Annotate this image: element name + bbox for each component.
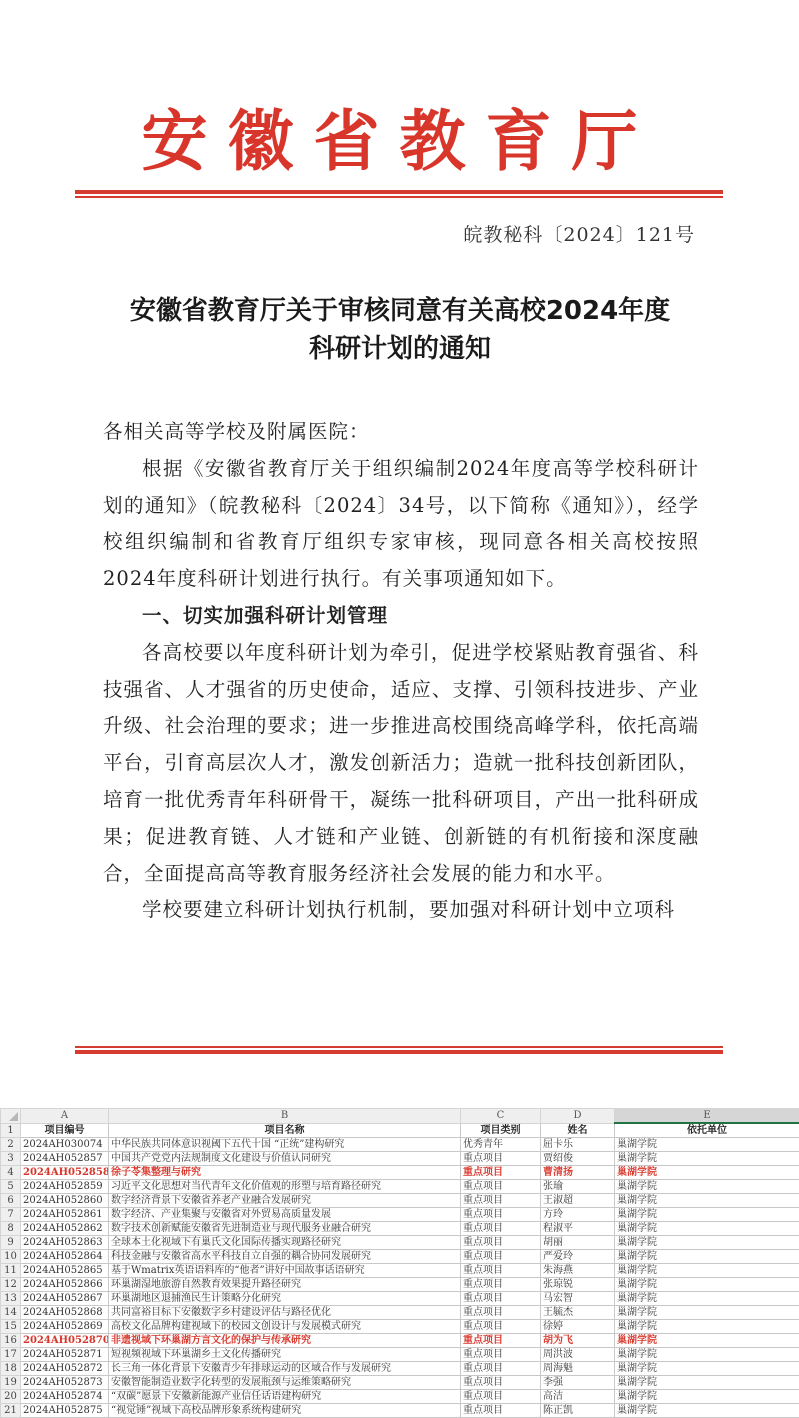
cell-project-type[interactable]: 重点项目 <box>461 1264 541 1278</box>
cell-project-id[interactable]: 2024AH052870 <box>21 1334 109 1348</box>
cell-person-name[interactable]: 陈正凯 <box>541 1404 615 1418</box>
cell-person-name[interactable]: 李强 <box>541 1376 615 1390</box>
cell-host-unit[interactable]: 巢湖学院 <box>615 1180 799 1194</box>
cell-host-unit[interactable]: 巢湖学院 <box>615 1320 799 1334</box>
cell-person-name[interactable]: 王淑超 <box>541 1194 615 1208</box>
cell-project-id[interactable]: 2024AH052874 <box>21 1390 109 1404</box>
paragraph-management: 各高校要以年度科研计划为牵引，促进学校紧贴教育强省、科技强省、人才强省的历史使命… <box>103 635 699 893</box>
cell-project-type[interactable]: 重点项目 <box>461 1194 541 1208</box>
cell-project-name[interactable]: 基于Wmatrix英语语料库的“他者”讲好中国故事话语研究 <box>109 1264 461 1278</box>
table-row: 182024AH052872长三角一体化背景下安徽青少年排球运动的区域合作与发展… <box>1 1362 799 1376</box>
row-number[interactable]: 1 <box>1 1123 21 1138</box>
cell-project-type[interactable]: 重点项目 <box>461 1306 541 1320</box>
table-row: 62024AH052860数字经济背景下安徽省养老产业融合发展研究重点项目王淑超… <box>1 1194 799 1208</box>
cell-person-name[interactable]: 屈卡乐 <box>541 1138 615 1152</box>
cell-project-type[interactable]: 优秀青年 <box>461 1138 541 1152</box>
table-row: 112024AH052865基于Wmatrix英语语料库的“他者”讲好中国故事话… <box>1 1264 799 1278</box>
spreadsheet[interactable]: A B C D E 1 项目编号 项目名称 项目类别 姓名 依托单位 22024… <box>0 1108 799 1418</box>
cell-project-name[interactable]: “双碳”愿景下安徽新能源产业信任话语建构研究 <box>109 1390 461 1404</box>
spreadsheet-grid[interactable]: A B C D E 1 项目编号 项目名称 项目类别 姓名 依托单位 22024… <box>0 1108 799 1418</box>
cell-project-id[interactable]: 2024AH052869 <box>21 1320 109 1334</box>
cell-project-id[interactable]: 2024AH052865 <box>21 1264 109 1278</box>
table-row: 142024AH052868共同富裕目标下安徽数字乡村建设评估与路径优化重点项目… <box>1 1306 799 1320</box>
cell-project-id[interactable]: 2024AH052857 <box>21 1152 109 1166</box>
row-number[interactable]: 9 <box>1 1236 21 1250</box>
cell-project-type[interactable]: 重点项目 <box>461 1180 541 1194</box>
row-number[interactable]: 13 <box>1 1292 21 1306</box>
column-header-a[interactable]: A <box>21 1109 109 1124</box>
cell-project-name[interactable]: “视觉锤”视域下高校品牌形象系统构建研究 <box>109 1404 461 1418</box>
cell-project-type[interactable]: 重点项目 <box>461 1390 541 1404</box>
column-header-b[interactable]: B <box>109 1109 461 1124</box>
cell-project-name[interactable]: 数字技术创新赋能安徽省先进制造业与现代服务业融合研究 <box>109 1222 461 1236</box>
row-number[interactable]: 7 <box>1 1208 21 1222</box>
header-project-type[interactable]: 项目类别 <box>461 1123 541 1138</box>
cell-project-name[interactable]: 徐子苓集整理与研究 <box>109 1166 461 1180</box>
cell-project-type[interactable]: 重点项目 <box>461 1152 541 1166</box>
title-line-2: 科研计划的通知 <box>70 330 730 368</box>
cell-host-unit[interactable]: 巢湖学院 <box>615 1236 799 1250</box>
cell-project-name[interactable]: 环巢湖湿地旅游自然教育效果提升路径研究 <box>109 1278 461 1292</box>
cell-person-name[interactable]: 张瑜 <box>541 1180 615 1194</box>
cell-project-type[interactable]: 重点项目 <box>461 1320 541 1334</box>
header-project-id[interactable]: 项目编号 <box>21 1123 109 1138</box>
cell-host-unit[interactable]: 巢湖学院 <box>615 1362 799 1376</box>
table-row: 192024AH052873安徽智能制造业数字化转型的发展瓶颈与运维策略研究重点… <box>1 1376 799 1390</box>
cell-project-name[interactable]: 短视频视域下环巢湖乡土文化传播研究 <box>109 1348 461 1362</box>
row-number[interactable]: 3 <box>1 1152 21 1166</box>
table-row: 162024AH052870非遗视域下环巢湖方言文化的保护与传承研究重点项目胡为… <box>1 1334 799 1348</box>
cell-host-unit[interactable]: 巢湖学院 <box>615 1222 799 1236</box>
table-row: 122024AH052866环巢湖湿地旅游自然教育效果提升路径研究重点项目张琼锐… <box>1 1278 799 1292</box>
row-number[interactable]: 12 <box>1 1278 21 1292</box>
cell-project-name[interactable]: 高校文化品牌构建视域下的校园文创设计与发展模式研究 <box>109 1320 461 1334</box>
cell-person-name[interactable]: 徐婷 <box>541 1320 615 1334</box>
letterhead-org-name: 安徽省教育厅 <box>0 100 799 182</box>
cell-host-unit[interactable]: 巢湖学院 <box>615 1264 799 1278</box>
table-row: 152024AH052869高校文化品牌构建视域下的校园文创设计与发展模式研究重… <box>1 1320 799 1334</box>
row-number[interactable]: 10 <box>1 1250 21 1264</box>
cell-host-unit[interactable]: 巢湖学院 <box>615 1138 799 1152</box>
row-number[interactable]: 11 <box>1 1264 21 1278</box>
cell-project-id[interactable]: 2024AH052867 <box>21 1292 109 1306</box>
cell-host-unit[interactable]: 巢湖学院 <box>615 1292 799 1306</box>
paragraph-intro: 根据《安徽省教育厅关于组织编制2024年度高等学校科研计划的通知》（皖教秘科〔2… <box>103 451 699 598</box>
cell-project-type[interactable]: 重点项目 <box>461 1278 541 1292</box>
row-number[interactable]: 18 <box>1 1362 21 1376</box>
table-row: 172024AH052871短视频视域下环巢湖乡土文化传播研究重点项目周洪波巢湖… <box>1 1348 799 1362</box>
cell-project-name[interactable]: 数字经济背景下安徽省养老产业融合发展研究 <box>109 1194 461 1208</box>
paragraph-execution: 学校要建立科研计划执行机制，要加强对科研计划中立项科 <box>103 892 699 929</box>
cell-project-type[interactable]: 重点项目 <box>461 1208 541 1222</box>
cell-project-name[interactable]: 中华民族共同体意识视阈下五代十国 “正统”建构研究 <box>109 1138 461 1152</box>
cell-person-name[interactable]: 程淑平 <box>541 1222 615 1236</box>
cell-project-name[interactable]: 习近平文化思想对当代青年文化价值观的形塑与培育路径研究 <box>109 1180 461 1194</box>
cell-project-name[interactable]: 科技金融与安徽省高水平科技自立自强的耦合协同发展研究 <box>109 1250 461 1264</box>
cell-project-id[interactable]: 2024AH052858 <box>21 1166 109 1180</box>
table-row: 32024AH052857中国共产党党内法规制度文化建设与价值认同研究重点项目贾… <box>1 1152 799 1166</box>
table-header-row: 1 项目编号 项目名称 项目类别 姓名 依托单位 <box>1 1123 799 1138</box>
column-header-e[interactable]: E <box>615 1109 799 1124</box>
cell-person-name[interactable]: 周洪波 <box>541 1348 615 1362</box>
letterhead-divider-thin <box>75 196 723 198</box>
cell-project-name[interactable]: 非遗视域下环巢湖方言文化的保护与传承研究 <box>109 1334 461 1348</box>
table-row: 92024AH052863全球本土化视域下有巢氏文化国际传播实现路径研究重点项目… <box>1 1236 799 1250</box>
cell-host-unit[interactable]: 巢湖学院 <box>615 1390 799 1404</box>
cell-person-name[interactable]: 王毓杰 <box>541 1306 615 1320</box>
header-person-name[interactable]: 姓名 <box>541 1123 615 1138</box>
cell-host-unit[interactable]: 巢湖学院 <box>615 1166 799 1180</box>
cell-project-id[interactable]: 2024AH052872 <box>21 1362 109 1376</box>
row-number[interactable]: 19 <box>1 1376 21 1390</box>
cell-host-unit[interactable]: 巢湖学院 <box>615 1278 799 1292</box>
cell-person-name[interactable]: 方玲 <box>541 1208 615 1222</box>
table-row: 202024AH052874“双碳”愿景下安徽新能源产业信任话语建构研究重点项目… <box>1 1390 799 1404</box>
cell-project-type[interactable]: 重点项目 <box>461 1236 541 1250</box>
page-footer-divider-thick <box>75 1050 723 1054</box>
header-host-unit[interactable]: 依托单位 <box>615 1123 799 1138</box>
cell-project-id[interactable]: 2024AH030074 <box>21 1138 109 1152</box>
cell-person-name[interactable]: 周海魁 <box>541 1362 615 1376</box>
table-row: 42024AH052858徐子苓集整理与研究重点项目曹清扬巢湖学院 <box>1 1166 799 1180</box>
cell-host-unit[interactable]: 巢湖学院 <box>615 1348 799 1362</box>
cell-person-name[interactable]: 胡为飞 <box>541 1334 615 1348</box>
column-header-d[interactable]: D <box>541 1109 615 1124</box>
document-number: 皖教秘科〔2024〕121号 <box>463 220 695 247</box>
cell-project-name[interactable]: 长三角一体化背景下安徽青少年排球运动的区域合作与发展研究 <box>109 1362 461 1376</box>
title-line-1: 安徽省教育厅关于审核同意有关高校2024年度 <box>70 292 730 330</box>
row-number[interactable]: 21 <box>1 1404 21 1418</box>
row-number[interactable]: 4 <box>1 1166 21 1180</box>
cell-project-id[interactable]: 2024AH052863 <box>21 1236 109 1250</box>
row-number[interactable]: 20 <box>1 1390 21 1404</box>
cell-project-id[interactable]: 2024AH052871 <box>21 1348 109 1362</box>
cell-host-unit[interactable]: 巢湖学院 <box>615 1334 799 1348</box>
cell-project-type[interactable]: 重点项目 <box>461 1404 541 1418</box>
row-number[interactable]: 17 <box>1 1348 21 1362</box>
row-number[interactable]: 16 <box>1 1334 21 1348</box>
select-all-corner[interactable] <box>1 1109 21 1124</box>
row-number[interactable]: 15 <box>1 1320 21 1334</box>
cell-project-type[interactable]: 重点项目 <box>461 1250 541 1264</box>
cell-person-name[interactable]: 朱海燕 <box>541 1264 615 1278</box>
cell-project-id[interactable]: 2024AH052873 <box>21 1376 109 1390</box>
page-footer-divider-thin <box>75 1046 723 1048</box>
cell-project-name[interactable]: 共同富裕目标下安徽数字乡村建设评估与路径优化 <box>109 1306 461 1320</box>
document-body: 各相关高等学校及附属医院： 根据《安徽省教育厅关于组织编制2024年度高等学校科… <box>103 414 699 929</box>
cell-person-name[interactable]: 张琼锐 <box>541 1278 615 1292</box>
cell-project-id[interactable]: 2024AH052860 <box>21 1194 109 1208</box>
table-row: 22024AH030074中华民族共同体意识视阈下五代十国 “正统”建构研究优秀… <box>1 1138 799 1152</box>
cell-person-name[interactable]: 曹清扬 <box>541 1166 615 1180</box>
document-title: 安徽省教育厅关于审核同意有关高校2024年度 科研计划的通知 <box>70 292 730 368</box>
cell-project-id[interactable]: 2024AH052862 <box>21 1222 109 1236</box>
section-heading-1: 一、切实加强科研计划管理 <box>103 598 699 635</box>
letterhead-divider-thick <box>75 190 723 194</box>
cell-person-name[interactable]: 马宏智 <box>541 1292 615 1306</box>
cell-host-unit[interactable]: 巢湖学院 <box>615 1306 799 1320</box>
table-row: 82024AH052862数字技术创新赋能安徽省先进制造业与现代服务业融合研究重… <box>1 1222 799 1236</box>
row-number[interactable]: 2 <box>1 1138 21 1152</box>
cell-host-unit[interactable]: 巢湖学院 <box>615 1208 799 1222</box>
cell-host-unit[interactable]: 巢湖学院 <box>615 1404 799 1418</box>
cell-person-name[interactable]: 高洁 <box>541 1390 615 1404</box>
table-row: 52024AH052859习近平文化思想对当代青年文化价值观的形塑与培育路径研究… <box>1 1180 799 1194</box>
cell-project-name[interactable]: 数字经济、产业集聚与安徽省对外贸易高质量发展 <box>109 1208 461 1222</box>
cell-project-id[interactable]: 2024AH052875 <box>21 1404 109 1418</box>
cell-host-unit[interactable]: 巢湖学院 <box>615 1376 799 1390</box>
cell-project-id[interactable]: 2024AH052868 <box>21 1306 109 1320</box>
column-header-row: A B C D E <box>1 1109 799 1124</box>
cell-project-type[interactable]: 重点项目 <box>461 1292 541 1306</box>
row-number[interactable]: 8 <box>1 1222 21 1236</box>
cell-host-unit[interactable]: 巢湖学院 <box>615 1250 799 1264</box>
header-project-name[interactable]: 项目名称 <box>109 1123 461 1138</box>
cell-project-id[interactable]: 2024AH052859 <box>21 1180 109 1194</box>
cell-project-id[interactable]: 2024AH052866 <box>21 1278 109 1292</box>
cell-project-name[interactable]: 安徽智能制造业数字化转型的发展瓶颈与运维策略研究 <box>109 1376 461 1390</box>
select-all-triangle-icon <box>9 1112 18 1121</box>
cell-project-type[interactable]: 重点项目 <box>461 1376 541 1390</box>
cell-project-type[interactable]: 重点项目 <box>461 1362 541 1376</box>
table-row: 212024AH052875“视觉锤”视域下高校品牌形象系统构建研究重点项目陈正… <box>1 1404 799 1418</box>
cell-project-id[interactable]: 2024AH052864 <box>21 1250 109 1264</box>
row-number[interactable]: 6 <box>1 1194 21 1208</box>
cell-host-unit[interactable]: 巢湖学院 <box>615 1152 799 1166</box>
cell-project-name[interactable]: 环巢湖地区退捕渔民生计策略分化研究 <box>109 1292 461 1306</box>
cell-project-name[interactable]: 中国共产党党内法规制度文化建设与价值认同研究 <box>109 1152 461 1166</box>
cell-project-id[interactable]: 2024AH052861 <box>21 1208 109 1222</box>
cell-host-unit[interactable]: 巢湖学院 <box>615 1194 799 1208</box>
cell-project-type[interactable]: 重点项目 <box>461 1334 541 1348</box>
cell-project-type[interactable]: 重点项目 <box>461 1222 541 1236</box>
row-number[interactable]: 5 <box>1 1180 21 1194</box>
column-header-c[interactable]: C <box>461 1109 541 1124</box>
cell-person-name[interactable]: 贾绍俊 <box>541 1152 615 1166</box>
cell-project-type[interactable]: 重点项目 <box>461 1348 541 1362</box>
table-row: 72024AH052861数字经济、产业集聚与安徽省对外贸易高质量发展重点项目方… <box>1 1208 799 1222</box>
cell-project-name[interactable]: 全球本土化视域下有巢氏文化国际传播实现路径研究 <box>109 1236 461 1250</box>
salutation: 各相关高等学校及附属医院： <box>103 414 699 451</box>
table-row: 132024AH052867环巢湖地区退捕渔民生计策略分化研究重点项目马宏智巢湖… <box>1 1292 799 1306</box>
cell-person-name[interactable]: 胡丽 <box>541 1236 615 1250</box>
table-row: 102024AH052864科技金融与安徽省高水平科技自立自强的耦合协同发展研究… <box>1 1250 799 1264</box>
cell-person-name[interactable]: 严爱玲 <box>541 1250 615 1264</box>
cell-project-type[interactable]: 重点项目 <box>461 1166 541 1180</box>
row-number[interactable]: 14 <box>1 1306 21 1320</box>
